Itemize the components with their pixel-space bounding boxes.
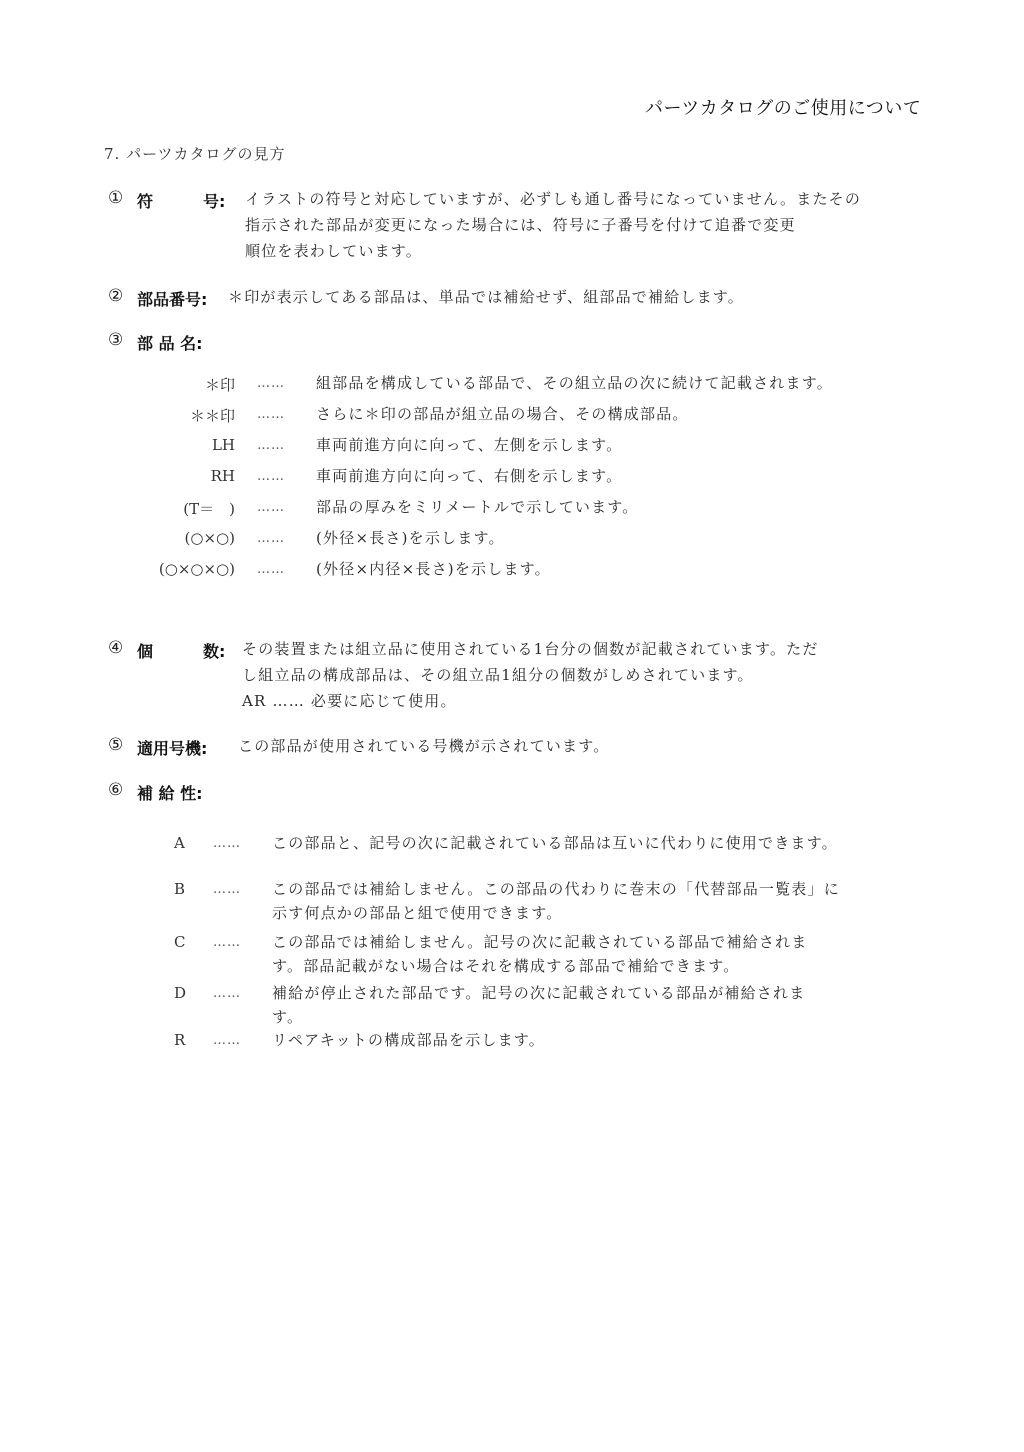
leader-dots: …… — [213, 882, 241, 897]
entry-description: 車両前進方向に向って、右側を示します。 — [316, 463, 622, 489]
supply-code: R — [174, 1031, 185, 1049]
item-label: 部 品 名: — [137, 331, 203, 354]
supply-description: リペアキットの構成部品を示します。 — [272, 1027, 545, 1053]
entry-symbol: LH — [120, 436, 235, 454]
leader-dots: …… — [213, 986, 241, 1001]
item-text-line: 順位を表わしています。 — [245, 238, 422, 264]
leader-dots: …… — [257, 562, 285, 577]
entry-description: 車両前進方向に向って、左側を示します。 — [316, 432, 622, 458]
item-text: この部品が使用されている号機が示されています。 — [238, 733, 609, 759]
supply-code: D — [174, 984, 186, 1002]
item-number: ⑤ — [108, 735, 123, 755]
item-number: ③ — [108, 330, 123, 350]
item-text-line: し組立品の構成部品は、その組立品1組分の個数がしめされています。 — [242, 662, 754, 688]
leader-dots: …… — [257, 500, 285, 515]
item-number: ⑥ — [108, 780, 123, 800]
leader-dots: …… — [257, 376, 285, 391]
supply-description: この部品では補給しません。この部品の代わりに巻末の「代替部品一覧表」に — [272, 876, 840, 902]
leader-dots: …… — [213, 935, 241, 950]
item-text-line: 指示された部品が変更になった場合には、符号に子番号を付けて追番で変更 — [245, 212, 796, 238]
leader-dots: …… — [213, 836, 241, 851]
item-text-line: その装置または組立品に使用されている1台分の個数が記載されています。ただ — [242, 636, 819, 662]
entry-description: 部品の厚みをミリメートルで示しています。 — [316, 494, 639, 520]
item-number: ④ — [108, 638, 123, 658]
page-header-title: パーツカタログのご使用について — [645, 94, 921, 120]
leader-dots: …… — [213, 1033, 241, 1048]
item-text-line: イラストの符号と対応していますが、必ずしも通し番号になっていません。またその — [245, 186, 861, 212]
supply-code: A — [174, 834, 185, 852]
item-label-suffix: 号: — [203, 189, 225, 212]
entry-symbol: (○×○) — [120, 529, 235, 547]
supply-description: この部品と、記号の次に記載されている部品は互いに代わりに使用できます。 — [272, 830, 838, 856]
item-text-line: AR …… 必要に応じて使用。 — [242, 688, 457, 714]
supply-description: 補給が停止された部品です。記号の次に記載されている部品が補給されま — [272, 980, 805, 1006]
entry-description: (外径×内径×長さ)を示します。 — [316, 556, 551, 582]
item-label: 符 — [137, 189, 153, 212]
leader-dots: …… — [257, 469, 285, 484]
supply-description: す。部品記載がない場合はそれを構成する部品で補給できます。 — [272, 953, 739, 979]
entry-symbol: ＊＊印 — [120, 405, 235, 426]
item-number: ① — [108, 188, 123, 208]
entry-description: (外径×長さ)を示します。 — [316, 525, 505, 551]
supply-description: 示す何点かの部品と組で使用できます。 — [272, 900, 562, 926]
entry-description: 組部品を構成している部品で、その組立品の次に続けて記載されます。 — [316, 370, 833, 396]
item-label: 補 給 性: — [137, 781, 203, 804]
item-label: 部品番号: — [137, 287, 207, 310]
item-label: 個 — [137, 639, 153, 662]
leader-dots: …… — [257, 407, 285, 422]
section-title: 7. パーツカタログの見方 — [104, 143, 285, 164]
supply-code: C — [174, 933, 185, 951]
item-number: ② — [108, 286, 123, 306]
leader-dots: …… — [257, 438, 285, 453]
entry-description: さらに＊印の部品が組立品の場合、その構成部品。 — [316, 401, 689, 427]
supply-description: この部品では補給しません。記号の次に記載されている部品で補給されま — [272, 929, 808, 955]
supply-code: B — [174, 880, 185, 898]
item-text: ＊印が表示してある部品は、単品では補給せず、組部品で補給します。 — [228, 284, 744, 310]
entry-symbol: RH — [120, 467, 235, 485]
leader-dots: …… — [257, 531, 285, 546]
item-label-suffix: 数: — [203, 639, 225, 662]
entry-symbol: ＊印 — [120, 374, 235, 395]
entry-symbol: (○×○×○) — [100, 560, 235, 578]
entry-symbol: (T＝ ) — [120, 498, 235, 519]
item-label: 適用号機: — [137, 736, 207, 759]
